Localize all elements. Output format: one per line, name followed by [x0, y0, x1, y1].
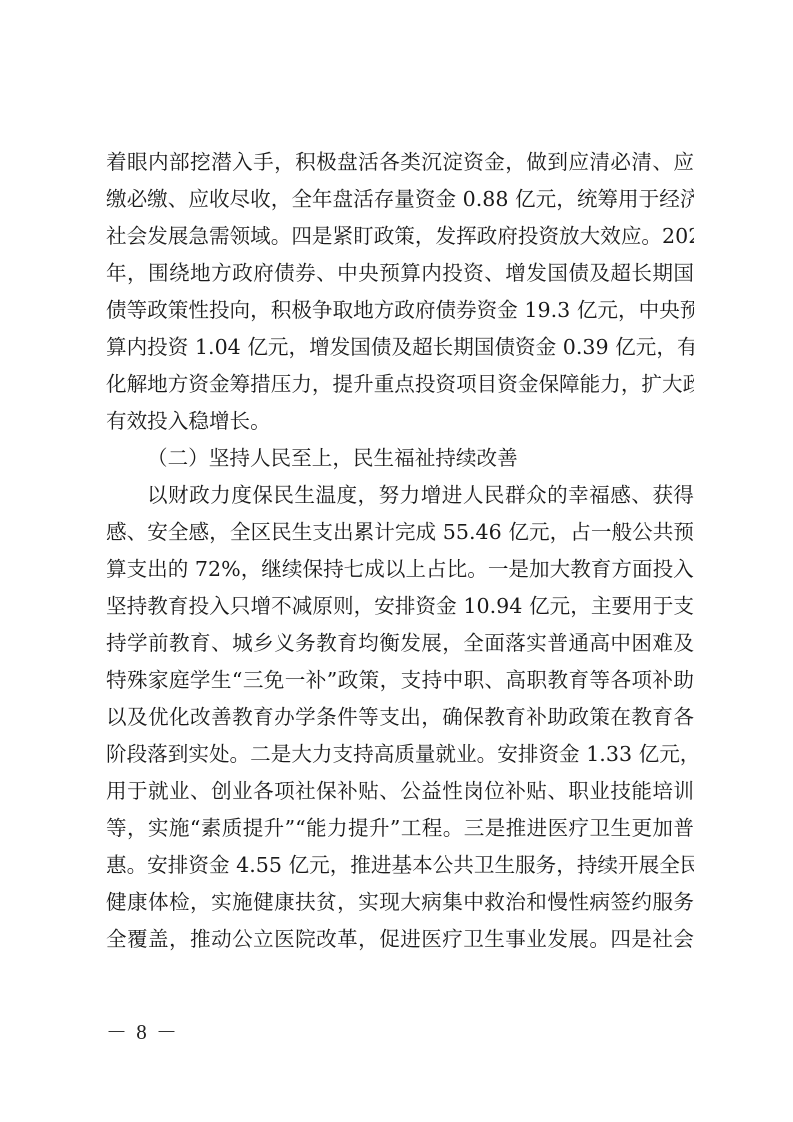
text-line: 以财政力度保民生温度，努力增进人民群众的幸福感、获得: [106, 477, 694, 514]
text-line: 债等政策性投向，积极争取地方政府债券资金 19.3 亿元，中央预: [106, 292, 694, 329]
text-line: 健康体检，实施健康扶贫，实现大病集中救治和慢性病签约服务: [106, 884, 694, 921]
document-page: 着眼内部挖潜入手，积极盘活各类沉淀资金，做到应清必清、应 缴必缴、应收尽收，全年…: [0, 0, 793, 1122]
text-line: 全覆盖，推动公立医院改革，促进医疗卫生事业发展。四是社会: [106, 921, 694, 958]
text-line: 算内投资 1.04 亿元，增发国债及超长期国债资金 0.39 亿元，有效: [106, 329, 694, 366]
text-line: 社会发展急需领域。四是紧盯政策，发挥政府投资放大效应。2024: [106, 218, 694, 255]
text-line: 化解地方资金筹措压力，提升重点投资项目资金保障能力，扩大政府: [106, 366, 694, 403]
text-line: 阶段落到实处。二是大力支持高质量就业。安排资金 1.33 亿元，: [106, 736, 694, 773]
text-line: 惠。安排资金 4.55 亿元，推进基本公共卫生服务，持续开展全民: [106, 847, 694, 884]
text-line: 缴必缴、应收尽收，全年盘活存量资金 0.88 亿元，统筹用于经济: [106, 181, 694, 218]
text-line: 算支出的 72%，继续保持七成以上占比。一是加大教育方面投入。: [106, 551, 694, 588]
text-line: 着眼内部挖潜入手，积极盘活各类沉淀资金，做到应清必清、应: [106, 144, 694, 181]
text-line: 坚持教育投入只增不减原则，安排资金 10.94 亿元，主要用于支: [106, 588, 694, 625]
text-line: 等，实施“素质提升”“能力提升”工程。三是推进医疗卫生更加普: [106, 810, 694, 847]
text-line: 感、安全感，全区民生支出累计完成 55.46 亿元，占一般公共预: [106, 514, 694, 551]
text-line: 用于就业、创业各项社保补贴、公益性岗位补贴、职业技能培训: [106, 773, 694, 810]
text-line: 以及优化改善教育办学条件等支出，确保教育补助政策在教育各: [106, 699, 694, 736]
text-line: 有效投入稳增长。: [106, 403, 694, 440]
section-heading: （二）坚持人民至上，民生福祉持续改善: [106, 440, 694, 477]
body-text: 着眼内部挖潜入手，积极盘活各类沉淀资金，做到应清必清、应 缴必缴、应收尽收，全年…: [106, 144, 694, 958]
text-line: 持学前教育、城乡义务教育均衡发展，全面落实普通高中困难及: [106, 625, 694, 662]
text-line: 年，围绕地方政府债券、中央预算内投资、增发国债及超长期国: [106, 255, 694, 292]
text-line: 特殊家庭学生“三免一补”政策，支持中职、高职教育等各项补助: [106, 662, 694, 699]
page-number: － 8 －: [106, 1016, 179, 1046]
